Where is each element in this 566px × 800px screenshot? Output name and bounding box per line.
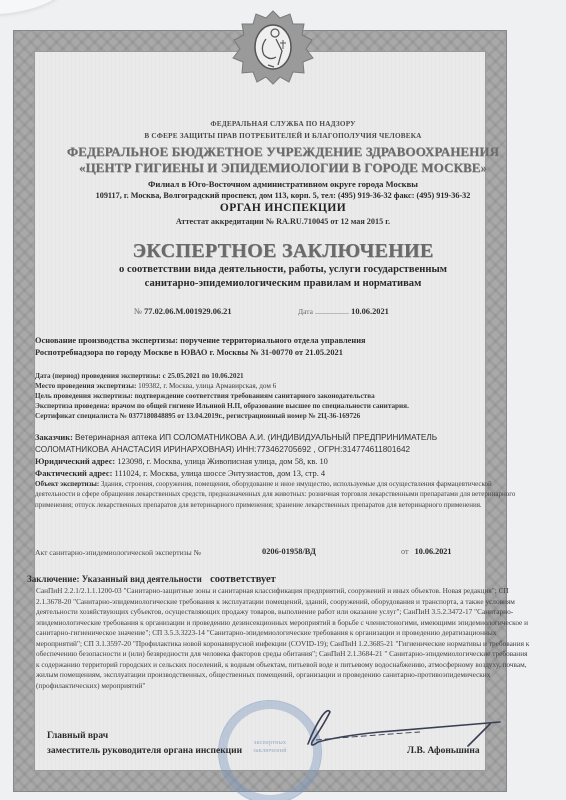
expertise-place: Место проведения экспертизы: 109382, г. … <box>35 382 276 390</box>
basis-label: Основание производства экспертизы: <box>35 336 178 345</box>
act-label: Акт санитарно-эпидемиологической эксперт… <box>35 548 201 557</box>
conducted-value: врачом по общей гигиене Ильиной Н.П, обр… <box>112 402 409 410</box>
document-title: ЭКСПЕРТНОЕ ЗАКЛЮЧЕНИЕ <box>0 240 566 263</box>
period-label: Дата (период) проведения экспертизы: <box>35 372 161 380</box>
date-label: Дата <box>298 307 313 316</box>
document-number: № 77.02.06.М.001929.06.21 <box>134 307 232 316</box>
period-value: с 25.05.2021 по 10.06.2021 <box>163 372 244 380</box>
act-date: от 10.06.2021 <box>401 547 451 556</box>
date-underline <box>315 313 349 314</box>
specialist-certificate: Сертификат специалиста № 0377180848895 о… <box>35 412 360 420</box>
number-sign: № <box>134 307 142 316</box>
conclusion-line: Заключение: Указанный вид деятельности с… <box>27 574 276 585</box>
object-value: Здания, строения, сооружения, помещения,… <box>35 480 515 509</box>
conducted-label: Экспертиза проведена: <box>35 402 110 410</box>
expertise-object: Объект экспертизы: Здания, строения, соо… <box>35 479 525 510</box>
organ-title: ОРГАН ИНСПЕКЦИИ <box>0 202 566 214</box>
actual-address: Фактический адрес: 111024, г. Москва, ул… <box>35 469 325 478</box>
expertise-period: Дата (период) проведения экспертизы: с 2… <box>35 372 244 380</box>
place-label: Место проведения экспертизы: <box>35 382 136 390</box>
basis-line-2: Роспотребнадзора по городу Москве в ЮВАО… <box>35 348 343 357</box>
purpose-label: Цель проведения экспертизы: <box>35 392 133 400</box>
agency-line-2: В СФЕРЕ ЗАЩИТЫ ПРАВ ПОТРЕБИТЕЛЕЙ И БЛАГО… <box>0 132 566 140</box>
accreditation: Аттестат аккредитации № RA.RU.710045 от … <box>0 217 566 226</box>
conclusion-verdict: соответствует <box>210 574 276 585</box>
act-number: 0206-01958/ВД <box>262 547 316 556</box>
actual-address-value: 111024, г. Москва, улица шоссе Энтузиаст… <box>114 469 325 478</box>
actual-address-label: Фактический адрес: <box>35 469 112 478</box>
customer-line-1: Заказчик: Ветеринарная аптека ИП СОЛОМАТ… <box>35 433 437 442</box>
signatory-title-2: заместитель руководителя органа инспекци… <box>47 744 242 759</box>
handwritten-signature-icon <box>300 702 520 762</box>
basis-value-1: поручение территориального отдела управл… <box>180 336 365 345</box>
customer-line-2: СОЛОМАТНИКОВА АНАСТАСИЯ ИРИНАРХОВНАЯ) ИН… <box>35 445 410 454</box>
expertise-conducted: Экспертиза проведена: врачом по общей ги… <box>35 402 409 410</box>
expertise-purpose: Цель проведения экспертизы: подтверждени… <box>35 392 375 400</box>
branch-name: Филиал в Юго-Восточном административном … <box>0 179 566 189</box>
document-date: Дата 10.06.2021 <box>298 307 389 316</box>
agency-line-1: ФЕДЕРАЛЬНАЯ СЛУЖБА ПО НАДЗОРУ <box>0 120 566 128</box>
object-label: Объект экспертизы: <box>35 480 99 488</box>
institution-line-2: «ЦЕНТР ГИГИЕНЫ И ЭПИДЕМИОЛОГИИ В ГОРОДЕ … <box>0 160 566 176</box>
institution-line-1: ФЕДЕРАЛЬНОЕ БЮДЖЕТНОЕ УЧРЕЖДЕНИЕ ЗДРАВОО… <box>0 144 566 160</box>
number-value: 77.02.06.М.001929.06.21 <box>144 307 231 316</box>
date-value: 10.06.2021 <box>351 307 389 316</box>
norms-list: СанПиН 2.2.1/2.1.1.1200-03 "Санитарно-за… <box>36 586 530 691</box>
legal-address: Юридический адрес: 123098, г. Москва, ул… <box>35 457 328 466</box>
legal-address-value: 123098, г. Москва, улица Живописная улиц… <box>117 457 328 466</box>
customer-value-1: Ветеринарная аптека ИП СОЛОМАТНИКОВА А.И… <box>75 433 437 442</box>
act-date-prefix: от <box>401 547 409 556</box>
purpose-value: подтверждение соответствия требованиям с… <box>135 392 375 400</box>
certificate-content: ФЕДЕРАЛЬНАЯ СЛУЖБА ПО НАДЗОРУ В СФЕРЕ ЗА… <box>0 0 566 800</box>
customer-label: Заказчик: <box>35 433 73 442</box>
signatory-title-1: Главный врач <box>47 729 108 744</box>
document-subtitle-1: о соответствии вида деятельности, работы… <box>0 264 566 275</box>
place-value: 109382, г. Москва, улица Армавирская, до… <box>138 382 276 390</box>
document-subtitle-2: санитарно-эпидемиологическим правилам и … <box>0 278 566 289</box>
act-date-value: 10.06.2021 <box>415 547 452 556</box>
basis-line-1: Основание производства экспертизы: поруч… <box>35 336 366 345</box>
conclusion-label: Заключение: Указанный вид деятельности <box>27 574 202 584</box>
legal-address-label: Юридический адрес: <box>35 457 115 466</box>
branch-address: 109117, г. Москва, Волгоградский проспек… <box>0 191 566 200</box>
